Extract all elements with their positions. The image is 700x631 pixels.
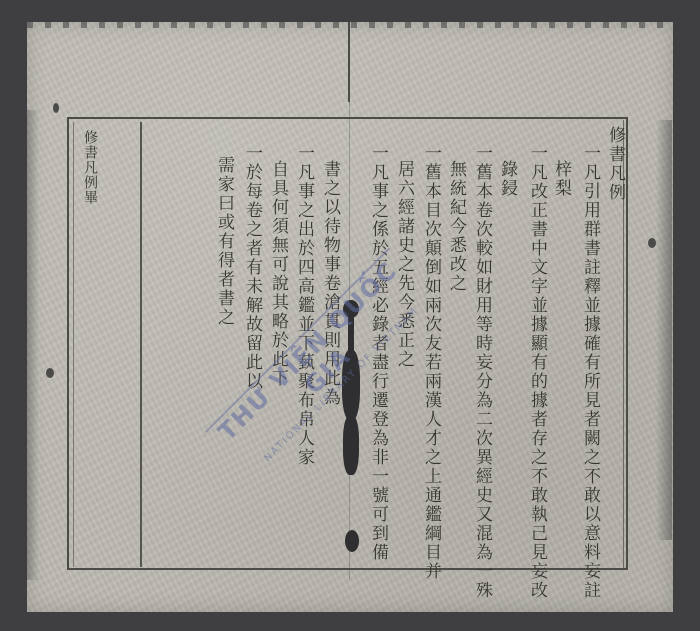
text-column: 一凡改正書中文字並據顯有的據者存之不敢執己見妄改 — [527, 144, 547, 600]
torn-top-edge — [27, 18, 673, 28]
ink-spot — [648, 238, 656, 248]
text-column: 無統紀今悉改之 — [446, 160, 466, 293]
text-column: 錄鋟 — [497, 160, 517, 198]
ink-blot — [343, 415, 359, 475]
ink-spot — [53, 103, 59, 113]
ink-blot — [345, 530, 359, 552]
margin-inner-line — [73, 122, 74, 567]
center-fold-tear — [348, 22, 350, 102]
margin-label: 修書凡例畢 — [80, 130, 100, 205]
ink-spot — [46, 368, 54, 378]
text-column: 梓梨 — [551, 160, 571, 198]
text-column: 一舊本目次顛倒如兩次友若兩漢人才之上通鑑綱目并 — [421, 144, 441, 581]
text-column: 一凡引用群書註釋並據確有所見者闕之不敢以意料妄註 — [580, 144, 600, 600]
margin-column-divider — [140, 122, 142, 567]
text-column-title: 修書凡例 — [605, 126, 625, 202]
text-column: 一舊本卷次較如財用等時妄分為二次異經史又混為一殊 — [472, 144, 492, 600]
right-edge-stain — [656, 120, 672, 540]
left-edge-stain — [27, 110, 39, 580]
text-column: 一於每卷之者有未解故留此以 — [242, 144, 262, 391]
text-column: 需家曰或有得者書之 — [214, 156, 234, 327]
